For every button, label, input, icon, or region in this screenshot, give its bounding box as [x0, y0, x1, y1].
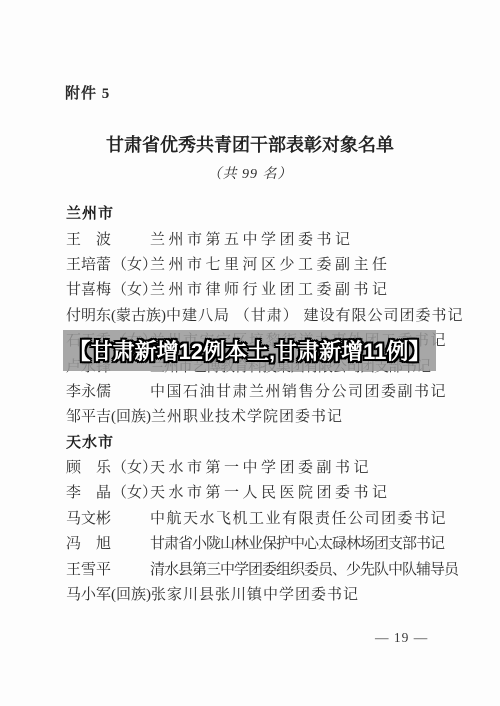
person-name: 李 晶 — [66, 481, 112, 502]
list-row: 李 晶（女）天水市第一人民医院团委书记 — [66, 479, 446, 504]
document-page: 附件 5 甘肃省优秀共青团干部表彰对象名单 （共 99 名） 兰州市王 波兰州市… — [0, 0, 500, 706]
person-position: 中国石油甘肃兰州销售分公司团委副书记 — [150, 380, 447, 401]
gender-note: （女） — [112, 481, 150, 502]
person-name: 王雪平 — [66, 558, 112, 579]
person-name: 马小军(回族) — [66, 583, 151, 604]
person-position: 兰州市律师行业团工委副书记 — [150, 278, 391, 299]
section-city-header: 兰州市 — [66, 200, 446, 225]
list-row: 王雪平清水县第三中学团委组织委员、少先队中队辅导员 — [66, 555, 446, 580]
person-name: 邹平吉(回族) — [66, 405, 151, 426]
list-row: 冯 旭甘肃省小陇山林业保护中心太碌林场团支部书记 — [66, 530, 446, 555]
person-name: 李永儒 — [66, 380, 112, 401]
gender-note: （女） — [112, 278, 150, 299]
award-name-list: 兰州市王 波兰州市第五中学团委书记王培蕾（女）兰州市七里河区少工委副主任甘喜梅（… — [66, 200, 446, 606]
list-row: 王培蕾（女）兰州市七里河区少工委副主任 — [66, 251, 446, 276]
person-name: 王 波 — [66, 228, 112, 249]
person-position: 兰州市七里河区少工委副主任 — [150, 253, 391, 274]
city-name: 兰州市 — [66, 202, 114, 223]
person-position: 天水市第一中学团委副书记 — [150, 456, 372, 477]
person-name: 王培蕾 — [66, 253, 112, 274]
list-row: 甘喜梅（女）兰州市律师行业团工委副书记 — [66, 276, 446, 301]
list-row: 付明东(蒙古族)中建八局 （甘肃） 建设有限公司团委书记 — [66, 302, 446, 327]
person-position: 兰州市第五中学团委书记 — [150, 228, 354, 249]
person-position: 甘肃省小陇山林业保护中心太碌林场团支部书记 — [150, 532, 444, 553]
person-name: 顾 乐 — [66, 456, 112, 477]
person-name: 甘喜梅 — [66, 278, 112, 299]
gender-note: （女） — [112, 253, 150, 274]
news-overlay-band: 【甘肃新增12例本土,甘肃新增11例】 — [63, 330, 436, 371]
person-position: 中航天水飞机工业有限责任公司团委书记 — [150, 507, 447, 528]
list-row: 李永儒中国石油甘肃兰州销售分公司团委副书记 — [66, 378, 446, 403]
gender-note: （女） — [112, 456, 150, 477]
news-banner-text: 【甘肃新增12例本土,甘肃新增11例】 — [69, 335, 431, 366]
document-title: 甘肃省优秀共青团干部表彰对象名单 — [0, 131, 500, 157]
person-position: 中建八局 （甘肃） 建设有限公司团委书记 — [166, 304, 464, 325]
person-name: 冯 旭 — [66, 532, 112, 553]
page-number: — 19 — — [375, 630, 428, 646]
person-position: 兰州职业技术学院团委书记 — [151, 405, 343, 426]
section-city-header: 天水市 — [66, 429, 446, 454]
list-row: 马文彬中航天水飞机工业有限责任公司团委书记 — [66, 505, 446, 530]
person-position: 张家川县张川镇中学团委书记 — [151, 583, 359, 604]
person-name: 马文彬 — [66, 507, 112, 528]
list-row: 顾 乐（女）天水市第一中学团委副书记 — [66, 454, 446, 479]
list-row: 王 波兰州市第五中学团委书记 — [66, 225, 446, 250]
city-name: 天水市 — [66, 431, 114, 452]
document-subtitle: （共 99 名） — [0, 163, 500, 183]
person-position: 天水市第一人民医院团委书记 — [150, 481, 391, 502]
person-position: 清水县第三中学团委组织委员、少先队中队辅导员 — [150, 558, 458, 579]
list-row: 马小军(回族)张家川县张川镇中学团委书记 — [66, 581, 446, 606]
person-name: 付明东(蒙古族) — [66, 304, 166, 325]
list-row: 邹平吉(回族)兰州职业技术学院团委书记 — [66, 403, 446, 428]
attachment-label: 附件 5 — [65, 82, 110, 103]
